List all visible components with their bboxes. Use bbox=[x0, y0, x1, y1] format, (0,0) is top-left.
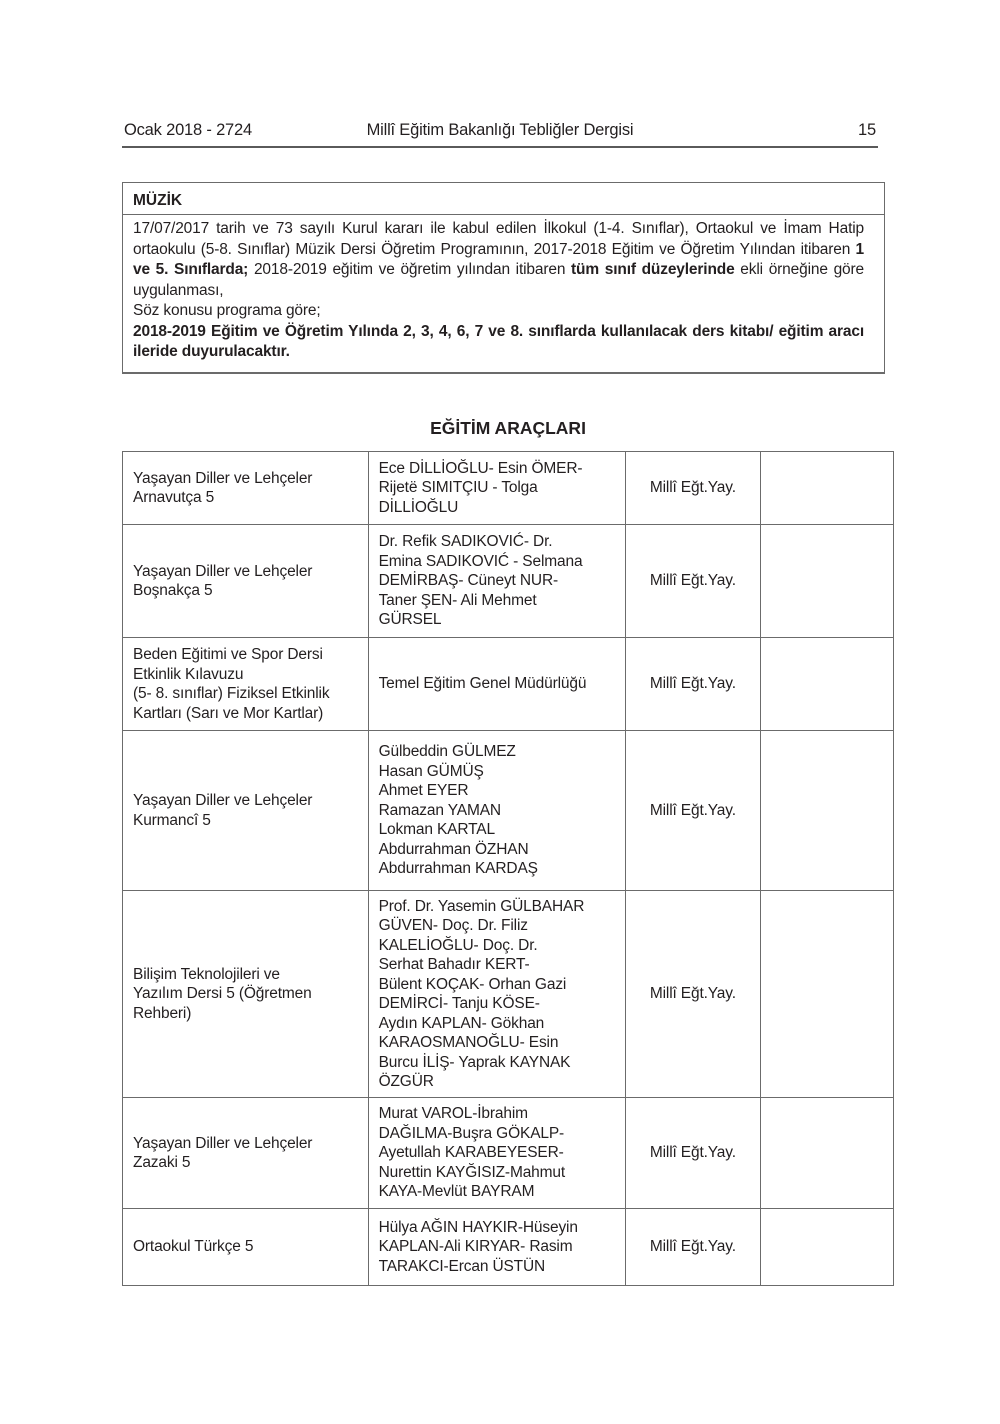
book-title-cell: Yaşayan Diller ve LehçelerBoşnakça 5 bbox=[123, 525, 369, 638]
empty-cell bbox=[761, 638, 894, 731]
notice-title: MÜZİK bbox=[123, 183, 884, 215]
book-title-cell: Yaşayan Diller ve LehçelerZazaki 5 bbox=[123, 1098, 369, 1209]
book-title-line: Zazaki 5 bbox=[133, 1153, 358, 1173]
authors-cell: Hülya AĞIN HAYKIR-HüseyinKAPLAN-Ali KIRY… bbox=[368, 1209, 625, 1286]
book-title-cell: Yaşayan Diller ve LehçelerArnavutça 5 bbox=[123, 452, 369, 525]
book-title-line: Yaşayan Diller ve Lehçeler bbox=[133, 469, 358, 489]
book-title-cell: Yaşayan Diller ve LehçelerKurmancî 5 bbox=[123, 731, 369, 891]
section-title: EĞİTİM ARAÇLARI bbox=[122, 418, 894, 439]
author-line: KAPLAN-Ali KIRYAR- Rasim bbox=[379, 1237, 615, 1257]
author-line: Temel Eğitim Genel Müdürlüğü bbox=[379, 674, 615, 694]
author-line: Gülbeddin GÜLMEZ bbox=[379, 742, 615, 762]
notice-body: 17/07/2017 tarih ve 73 sayılı Kurul kara… bbox=[123, 215, 884, 363]
book-title-cell: Beden Eğitimi ve Spor DersiEtkinlik Kıla… bbox=[123, 638, 369, 731]
author-line: Hülya AĞIN HAYKIR-Hüseyin bbox=[379, 1218, 615, 1238]
publisher-cell: Millî Eğt.Yay. bbox=[625, 891, 760, 1098]
author-line: DEMİRBAŞ- Cüneyt NUR- bbox=[379, 571, 615, 591]
book-title-line: Arnavutça 5 bbox=[133, 488, 358, 508]
author-line: Hasan GÜMÜŞ bbox=[379, 762, 615, 782]
author-line: GÜRSEL bbox=[379, 610, 615, 630]
book-title-line: Yazılım Dersi 5 (Öğretmen bbox=[133, 984, 358, 1004]
book-title-line: Etkinlik Kılavuzu bbox=[133, 665, 358, 685]
author-line: DAĞILMA-Buşra GÖKALP- bbox=[379, 1124, 615, 1144]
author-line: Ece DİLLİOĞLU- Esin ÖMER- bbox=[379, 459, 615, 479]
author-line: ÖZGÜR bbox=[379, 1072, 615, 1092]
publisher-cell: Millî Eğt.Yay. bbox=[625, 1209, 760, 1286]
authors-cell: Murat VAROL-İbrahimDAĞILMA-Buşra GÖKALP-… bbox=[368, 1098, 625, 1209]
author-line: Rijetë SIMITÇIU - Tolga bbox=[379, 478, 615, 498]
publisher-cell: Millî Eğt.Yay. bbox=[625, 638, 760, 731]
author-line: TARAKCI-Ercan ÜSTÜN bbox=[379, 1257, 615, 1277]
empty-cell bbox=[761, 452, 894, 525]
author-line: Lokman KARTAL bbox=[379, 820, 615, 840]
empty-cell bbox=[761, 1098, 894, 1209]
empty-cell bbox=[761, 525, 894, 638]
author-line: KAYA-Mevlüt BAYRAM bbox=[379, 1182, 615, 1202]
table-row: Yaşayan Diller ve LehçelerBoşnakça 5Dr. … bbox=[123, 525, 894, 638]
author-line: GÜVEN- Doç. Dr. Filiz bbox=[379, 916, 615, 936]
book-title-line: Bilişim Teknolojileri ve bbox=[133, 965, 358, 985]
authors-cell: Dr. Refik SADIKOVIĆ- Dr.Emina SADIKOVIĆ … bbox=[368, 525, 625, 638]
authors-cell: Gülbeddin GÜLMEZHasan GÜMÜŞAhmet EYERRam… bbox=[368, 731, 625, 891]
book-title-line: Kurmancî 5 bbox=[133, 811, 358, 831]
author-line: DEMİRCİ- Tanju KÖSE- bbox=[379, 994, 615, 1014]
empty-cell bbox=[761, 1209, 894, 1286]
educational-tools-table: Yaşayan Diller ve LehçelerArnavutça 5Ece… bbox=[122, 451, 894, 1286]
notice-text: Söz konusu programa göre; bbox=[133, 302, 321, 319]
author-line: KARAOSMANOĞLU- Esin bbox=[379, 1033, 615, 1053]
book-title-line: Yaşayan Diller ve Lehçeler bbox=[133, 562, 358, 582]
author-line: Abdurrahman ÖZHAN bbox=[379, 840, 615, 860]
book-title-line: Yaşayan Diller ve Lehçeler bbox=[133, 791, 358, 811]
table-row: Beden Eğitimi ve Spor DersiEtkinlik Kıla… bbox=[123, 638, 894, 731]
authors-cell: Ece DİLLİOĞLU- Esin ÖMER-Rijetë SIMITÇIU… bbox=[368, 452, 625, 525]
empty-cell bbox=[761, 891, 894, 1098]
book-title-line: Beden Eğitimi ve Spor Dersi bbox=[133, 645, 358, 665]
book-title-line: Boşnakça 5 bbox=[133, 581, 358, 601]
author-line: Ayetullah KARABEYESER- bbox=[379, 1143, 615, 1163]
notice-text: 2018-2019 eğitim ve öğretim yılından iti… bbox=[248, 261, 571, 278]
author-line: Abdurrahman KARDAŞ bbox=[379, 859, 615, 879]
author-line: Burcu İLİŞ- Yaprak KAYNAK bbox=[379, 1053, 615, 1073]
notice-text: 17/07/2017 tarih ve 73 sayılı Kurul kara… bbox=[133, 220, 864, 258]
table-row: Bilişim Teknolojileri veYazılım Dersi 5 … bbox=[123, 891, 894, 1098]
publisher-cell: Millî Eğt.Yay. bbox=[625, 525, 760, 638]
book-title-line: Rehberi) bbox=[133, 1004, 358, 1024]
author-line: Serhat Bahadır KERT- bbox=[379, 955, 615, 975]
author-line: Emina SADIKOVIĆ - Selmana bbox=[379, 552, 615, 572]
author-line: Murat VAROL-İbrahim bbox=[379, 1104, 615, 1124]
publisher-cell: Millî Eğt.Yay. bbox=[625, 731, 760, 891]
journal-title: Millî Eğitim Bakanlığı Tebliğler Dergisi bbox=[122, 121, 878, 140]
author-line: Dr. Refik SADIKOVIĆ- Dr. bbox=[379, 532, 615, 552]
author-line: Ramazan YAMAN bbox=[379, 801, 615, 821]
book-title-line: Yaşayan Diller ve Lehçeler bbox=[133, 1134, 358, 1154]
book-title-line: Kartları (Sarı ve Mor Kartlar) bbox=[133, 704, 358, 724]
author-line: Prof. Dr. Yasemin GÜLBAHAR bbox=[379, 897, 615, 917]
table-row: Yaşayan Diller ve LehçelerZazaki 5Murat … bbox=[123, 1098, 894, 1209]
author-line: Taner ŞEN- Ali Mehmet bbox=[379, 591, 615, 611]
publisher-cell: Millî Eğt.Yay. bbox=[625, 1098, 760, 1209]
notice-announcement: 2018-2019 Eğitim ve Öğretim Yılında 2, 3… bbox=[133, 323, 864, 361]
header-rule bbox=[122, 146, 878, 148]
publisher-cell: Millî Eğt.Yay. bbox=[625, 452, 760, 525]
author-line: DİLLİOĞLU bbox=[379, 498, 615, 518]
table-row: Yaşayan Diller ve LehçelerKurmancî 5Gülb… bbox=[123, 731, 894, 891]
notice-emphasis: tüm sınıf düzeylerinde bbox=[571, 261, 735, 278]
book-title-line: (5- 8. sınıflar) Fiziksel Etkinlik bbox=[133, 684, 358, 704]
author-line: Aydın KAPLAN- Gökhan bbox=[379, 1014, 615, 1034]
empty-cell bbox=[761, 731, 894, 891]
author-line: Bülent KOÇAK- Orhan Gazi bbox=[379, 975, 615, 995]
author-line: Ahmet EYER bbox=[379, 781, 615, 801]
table-row: Yaşayan Diller ve LehçelerArnavutça 5Ece… bbox=[123, 452, 894, 525]
author-line: Nurettin KAYĞISIZ-Mahmut bbox=[379, 1163, 615, 1183]
book-title-cell: Ortaokul Türkçe 5 bbox=[123, 1209, 369, 1286]
book-title-cell: Bilişim Teknolojileri veYazılım Dersi 5 … bbox=[123, 891, 369, 1098]
music-notice-box: MÜZİK 17/07/2017 tarih ve 73 sayılı Kuru… bbox=[122, 182, 885, 374]
author-line: KALELİOĞLU- Doç. Dr. bbox=[379, 936, 615, 956]
book-title-line: Ortaokul Türkçe 5 bbox=[133, 1237, 358, 1257]
authors-cell: Prof. Dr. Yasemin GÜLBAHARGÜVEN- Doç. Dr… bbox=[368, 891, 625, 1098]
table-row: Ortaokul Türkçe 5Hülya AĞIN HAYKIR-Hüsey… bbox=[123, 1209, 894, 1286]
authors-cell: Temel Eğitim Genel Müdürlüğü bbox=[368, 638, 625, 731]
page-number: 15 bbox=[858, 121, 876, 140]
running-header: Ocak 2018 - 2724 Millî Eğitim Bakanlığı … bbox=[122, 119, 878, 143]
